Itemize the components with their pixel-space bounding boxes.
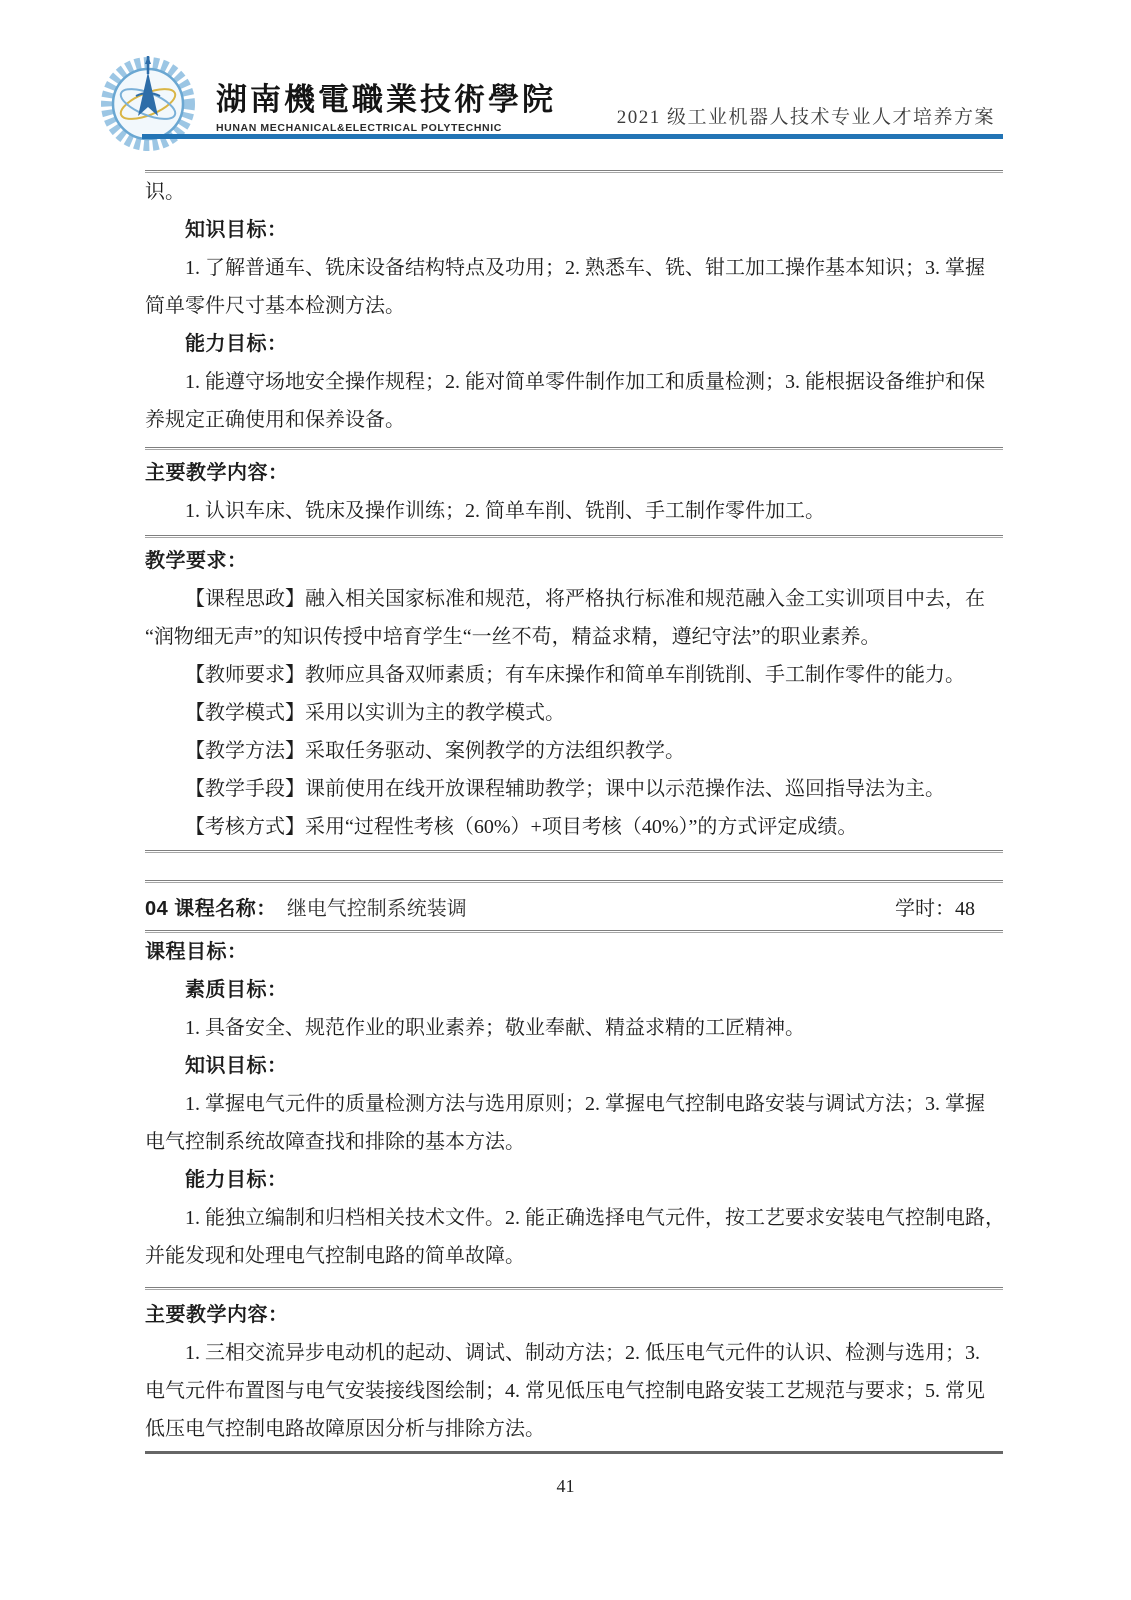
paragraph-line: 1. 三相交流异步电动机的起动、调试、制动方法；2. 低压电气元件的认识、检测与… xyxy=(145,1334,1003,1372)
paragraph-line: 低压电气控制电路故障原因分析与排除方法。 xyxy=(145,1410,1003,1448)
section-heading: 知识目标： xyxy=(145,211,1003,249)
paragraph-line: 【课程思政】融入相关国家标准和规范，将严格执行标准和规范融入金工实训项目中去，在 xyxy=(145,580,1003,618)
paragraph-line: 养规定正确使用和保养设备。 xyxy=(145,401,1003,439)
document-body: 识。知识目标：1. 了解普通车、铣床设备结构特点及功用；2. 熟悉车、铣、钳工加… xyxy=(145,168,1003,1454)
section-divider xyxy=(145,850,1003,853)
paragraph-line: 【教学手段】课前使用在线开放课程辅助教学；课中以示范操作法、巡回指导法为主。 xyxy=(145,770,1003,808)
paragraph-line: 1. 掌握电气元件的质量检测方法与选用原则；2. 掌握电气控制电路安装与调试方法… xyxy=(145,1085,1003,1123)
paragraph-line: 【教学模式】采用以实训为主的教学模式。 xyxy=(145,694,1003,732)
section-heading: 主要教学内容： xyxy=(145,454,1003,492)
course-hours: 学时：48 xyxy=(895,892,1003,921)
school-brand: 湖南機電職業技術學院 HUNAN MECHANICAL&ELECTRICAL P… xyxy=(216,74,556,134)
section-divider xyxy=(145,1287,1003,1290)
paragraph-line: 1. 认识车床、铣床及操作训练；2. 简单车削、铣削、手工制作零件加工。 xyxy=(145,492,1003,530)
section-heading: 知识目标： xyxy=(145,1047,1003,1085)
section-divider xyxy=(145,1451,1003,1454)
header-accent-rule xyxy=(142,134,1003,139)
paragraph-line: 【考核方式】采用“过程性考核（60%）+项目考核（40%）”的方式评定成绩。 xyxy=(145,808,1003,846)
paragraph-line: 1. 能遵守场地安全操作规程；2. 能对简单零件制作加工和质量检测；3. 能根据… xyxy=(145,363,1003,401)
paragraph-line: 【教学方法】采取任务驱动、案例教学的方法组织教学。 xyxy=(145,732,1003,770)
section-heading: 主要教学内容： xyxy=(145,1296,1003,1334)
page-number: 41 xyxy=(0,1476,1131,1497)
paragraph-line: 电气元件布置图与电气安装接线图绘制；4. 常见低压电气控制电路安装工艺规范与要求… xyxy=(145,1372,1003,1410)
paragraph-line: 并能发现和处理电气控制电路的简单故障。 xyxy=(145,1237,1003,1275)
section-heading: 能力目标： xyxy=(145,1161,1003,1199)
paragraph-line: “润物细无声”的知识传授中培育学生“一丝不苟，精益求精，遵纪守法”的职业素养。 xyxy=(145,618,1003,656)
paragraph-line: 1. 了解普通车、铣床设备结构特点及功用；2. 熟悉车、铣、钳工加工操作基本知识… xyxy=(145,249,1003,287)
course-name: 继电气控制系统装调 xyxy=(287,892,467,921)
section-heading: 教学要求： xyxy=(145,542,1003,580)
course-number-label: 04 课程名称： xyxy=(145,892,277,921)
course-header-row: 04 课程名称：继电气控制系统装调学时：48 xyxy=(145,883,1003,930)
paragraph-line: 1. 能独立编制和归档相关技术文件。2. 能正确选择电气元件，按工艺要求安装电气… xyxy=(145,1199,1003,1237)
paragraph-line: 电气控制系统故障查找和排除的基本方法。 xyxy=(145,1123,1003,1161)
section-heading: 能力目标： xyxy=(145,325,1003,363)
paragraph-line: 简单零件尺寸基本检测方法。 xyxy=(145,287,1003,325)
school-name-en: HUNAN MECHANICAL&ELECTRICAL POLYTECHNIC xyxy=(216,122,556,134)
document-page: 湖南機電職業技術學院 HUNAN MECHANICAL&ELECTRICAL P… xyxy=(0,0,1131,1600)
section-heading: 课程目标： xyxy=(145,933,1003,971)
section-divider xyxy=(145,447,1003,450)
paragraph-line: 【教师要求】教师应具备双师素质；有车床操作和简单车削铣削、手工制作零件的能力。 xyxy=(145,656,1003,694)
section-divider xyxy=(145,535,1003,538)
paragraph-line: 识。 xyxy=(145,173,1003,211)
section-heading: 素质目标： xyxy=(145,971,1003,1009)
document-title: 2021 级工业机器人技术专业人才培养方案 xyxy=(617,102,995,129)
paragraph-line: 1. 具备安全、规范作业的职业素养；敬业奉献、精益求精的工匠精神。 xyxy=(145,1009,1003,1047)
school-name-zh: 湖南機電職業技術學院 xyxy=(216,74,556,119)
